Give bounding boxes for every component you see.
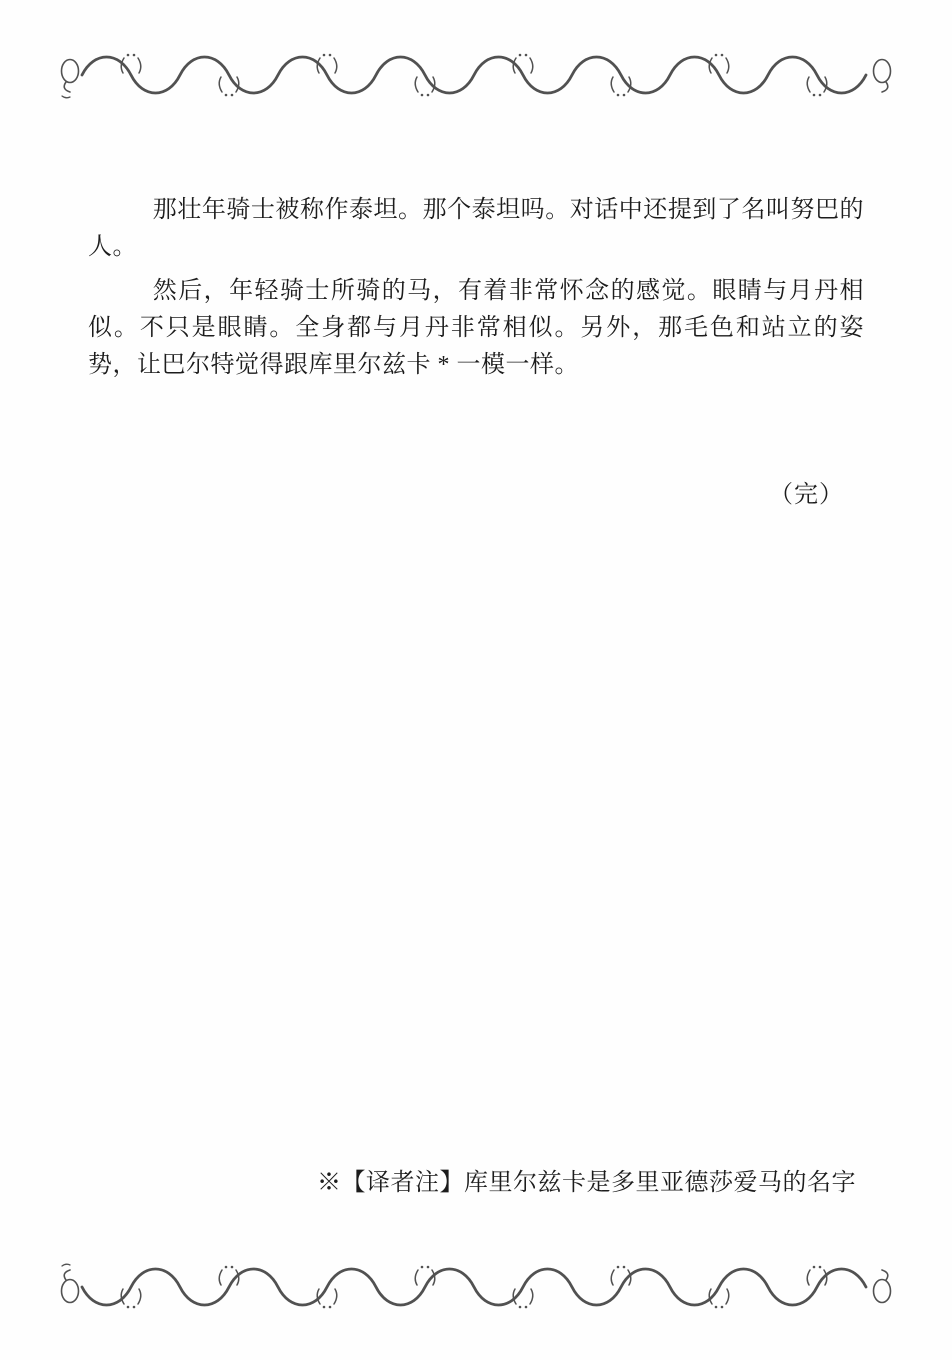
- translator-footnote: ※【译者注】库里尔兹卡是多里亚德莎爱马的名字: [317, 1166, 856, 1200]
- top-flourish-ornament: [56, 46, 896, 104]
- bottom-flourish-ornament: [56, 1258, 896, 1316]
- paragraph-1: 那壮年骑士被称作泰坦。那个泰坦吗。对话中还提到了名叫努巴的人。: [88, 192, 864, 266]
- paragraph-2: 然后，年轻骑士所骑的马，有着非常怀念的感觉。眼睛与月丹相似。不只是眼睛。全身都与…: [88, 273, 864, 384]
- story-text-block: 那壮年骑士被称作泰坦。那个泰坦吗。对话中还提到了名叫努巴的人。 然后，年轻骑士所…: [88, 192, 864, 384]
- page: 那壮年骑士被称作泰坦。那个泰坦吗。对话中还提到了名叫努巴的人。 然后，年轻骑士所…: [0, 0, 952, 1360]
- end-mark: （完）: [769, 477, 844, 514]
